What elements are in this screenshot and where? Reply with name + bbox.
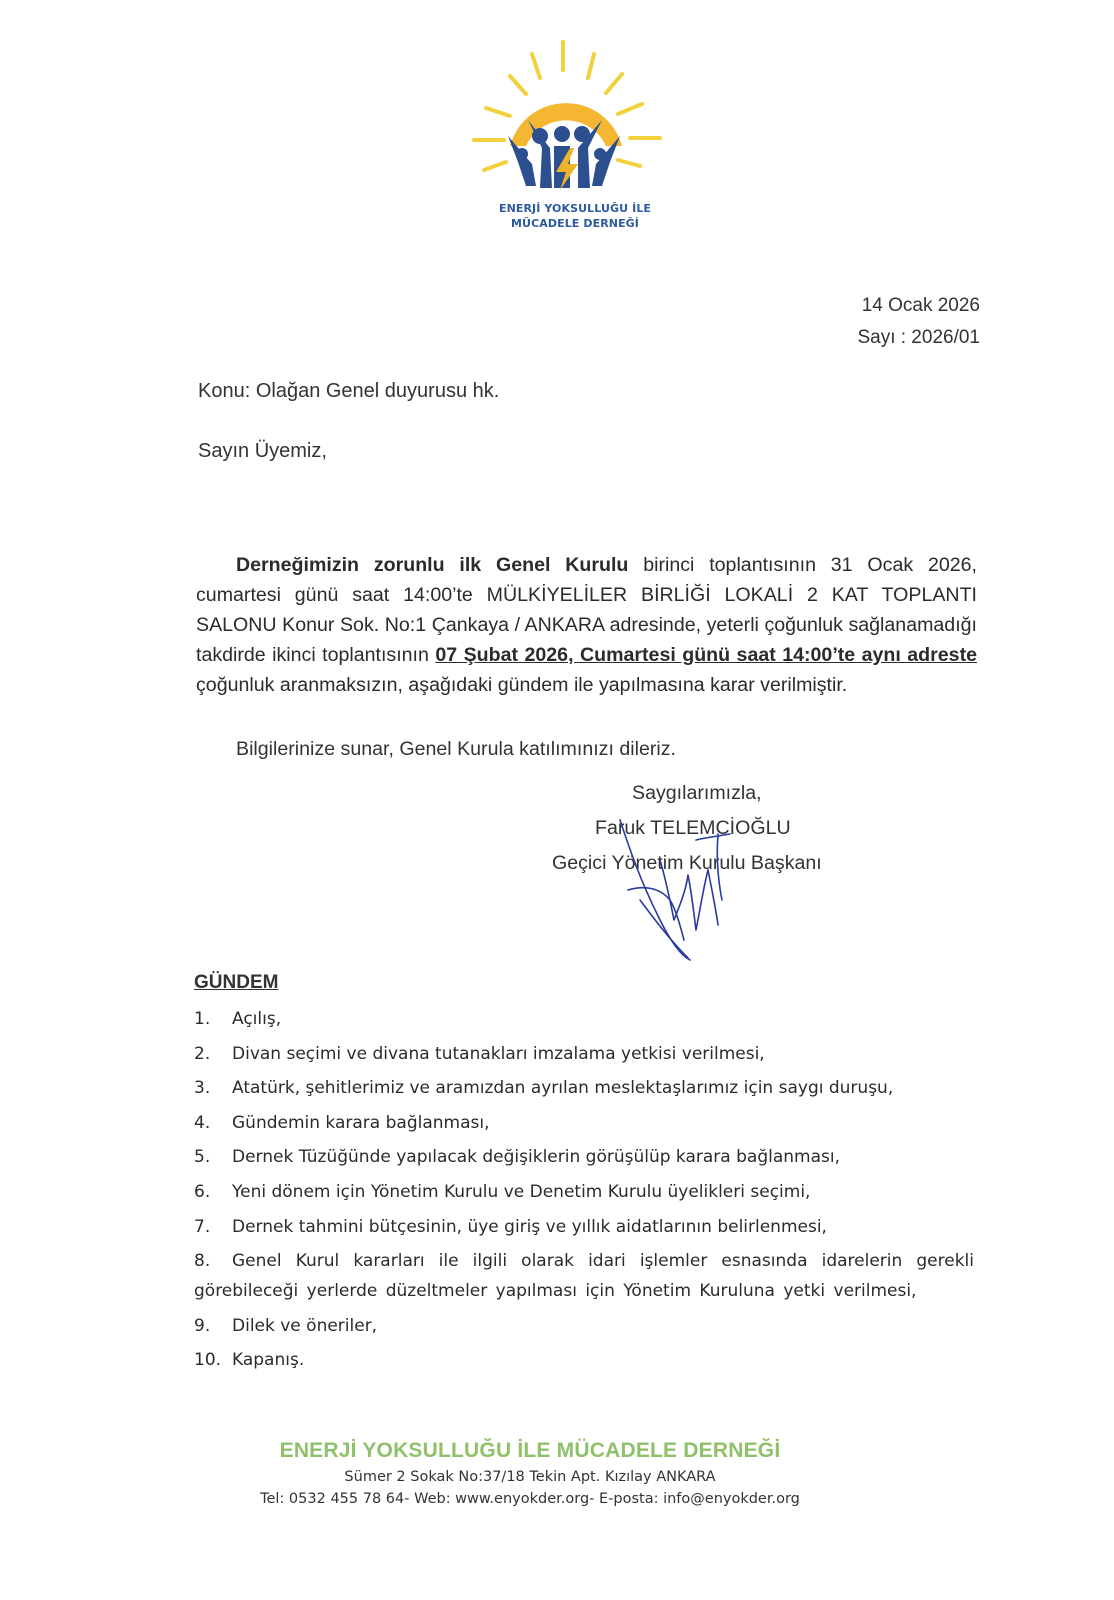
date-block: 14 Ocak 2026 Sayı : 2026/01 bbox=[857, 290, 980, 354]
document-date: 14 Ocak 2026 bbox=[857, 290, 980, 322]
agenda-item: 7.Dernek tahmini bütçesinin, üye giriş v… bbox=[194, 1212, 974, 1242]
logo-text-line1: ENERJİ YOKSULLUĞU İLE bbox=[470, 201, 680, 216]
agenda-item: 10.Kapanış. bbox=[194, 1345, 974, 1375]
agenda-item: 3.Atatürk, şehitlerimiz ve aramızdan ayr… bbox=[194, 1073, 974, 1103]
agenda-item: 8.Genel Kurul kararları ile ilgili olara… bbox=[194, 1246, 974, 1306]
closing-sentence: Bilgilerinize sunar, Genel Kurula katılı… bbox=[236, 738, 676, 761]
agenda-item: 5.Dernek Tüzüğünde yapılacak değişikleri… bbox=[194, 1142, 974, 1172]
agenda-item: 2.Divan seçimi ve divana tutanakları imz… bbox=[194, 1039, 974, 1069]
body-paragraph: Derneğimizin zorunlu ilk Genel Kurulu bi… bbox=[196, 550, 977, 700]
body-part2: çoğunluk aranmaksızın, aşağıdaki gündem … bbox=[196, 674, 847, 696]
logo-text-line2: MÜCADELE DERNEĞİ bbox=[470, 216, 680, 231]
footer-contact: Tel: 0532 455 78 64- Web: www.enyokder.o… bbox=[0, 1488, 1060, 1510]
footer-address: Sümer 2 Sokak No:37/18 Tekin Apt. Kızıla… bbox=[0, 1466, 1060, 1488]
agenda-item: 9.Dilek ve öneriler, bbox=[194, 1311, 974, 1341]
footer-organization-name: ENERJİ YOKSULLUĞU İLE MÜCADELE DERNEĞİ bbox=[0, 1436, 1060, 1466]
agenda-item: 1.Açılış, bbox=[194, 1004, 974, 1034]
sun-people-logo-icon bbox=[470, 36, 680, 201]
body-bold-intro: Derneğimizin zorunlu ilk Genel Kurulu bbox=[236, 554, 628, 576]
body-second-meeting-date: 07 Şubat 2026, Cumartesi günü saat 14:00… bbox=[435, 644, 977, 666]
salutation: Sayın Üyemiz, bbox=[198, 440, 327, 463]
subject-line: Konu: Olağan Genel duyurusu hk. bbox=[198, 380, 499, 403]
organization-logo: ENERJİ YOKSULLUĞU İLE MÜCADELE DERNEĞİ bbox=[470, 36, 680, 236]
document-number: Sayı : 2026/01 bbox=[857, 322, 980, 354]
agenda-list: 1.Açılış, 2.Divan seçimi ve divana tutan… bbox=[194, 1004, 974, 1380]
handwritten-signature-icon bbox=[600, 800, 780, 970]
agenda-item: 4.Gündemin karara bağlanması, bbox=[194, 1108, 974, 1138]
agenda-title: GÜNDEM bbox=[194, 972, 278, 994]
letter-footer: ENERJİ YOKSULLUĞU İLE MÜCADELE DERNEĞİ S… bbox=[0, 1436, 1060, 1510]
agenda-item: 6.Yeni dönem için Yönetim Kurulu ve Dene… bbox=[194, 1177, 974, 1207]
